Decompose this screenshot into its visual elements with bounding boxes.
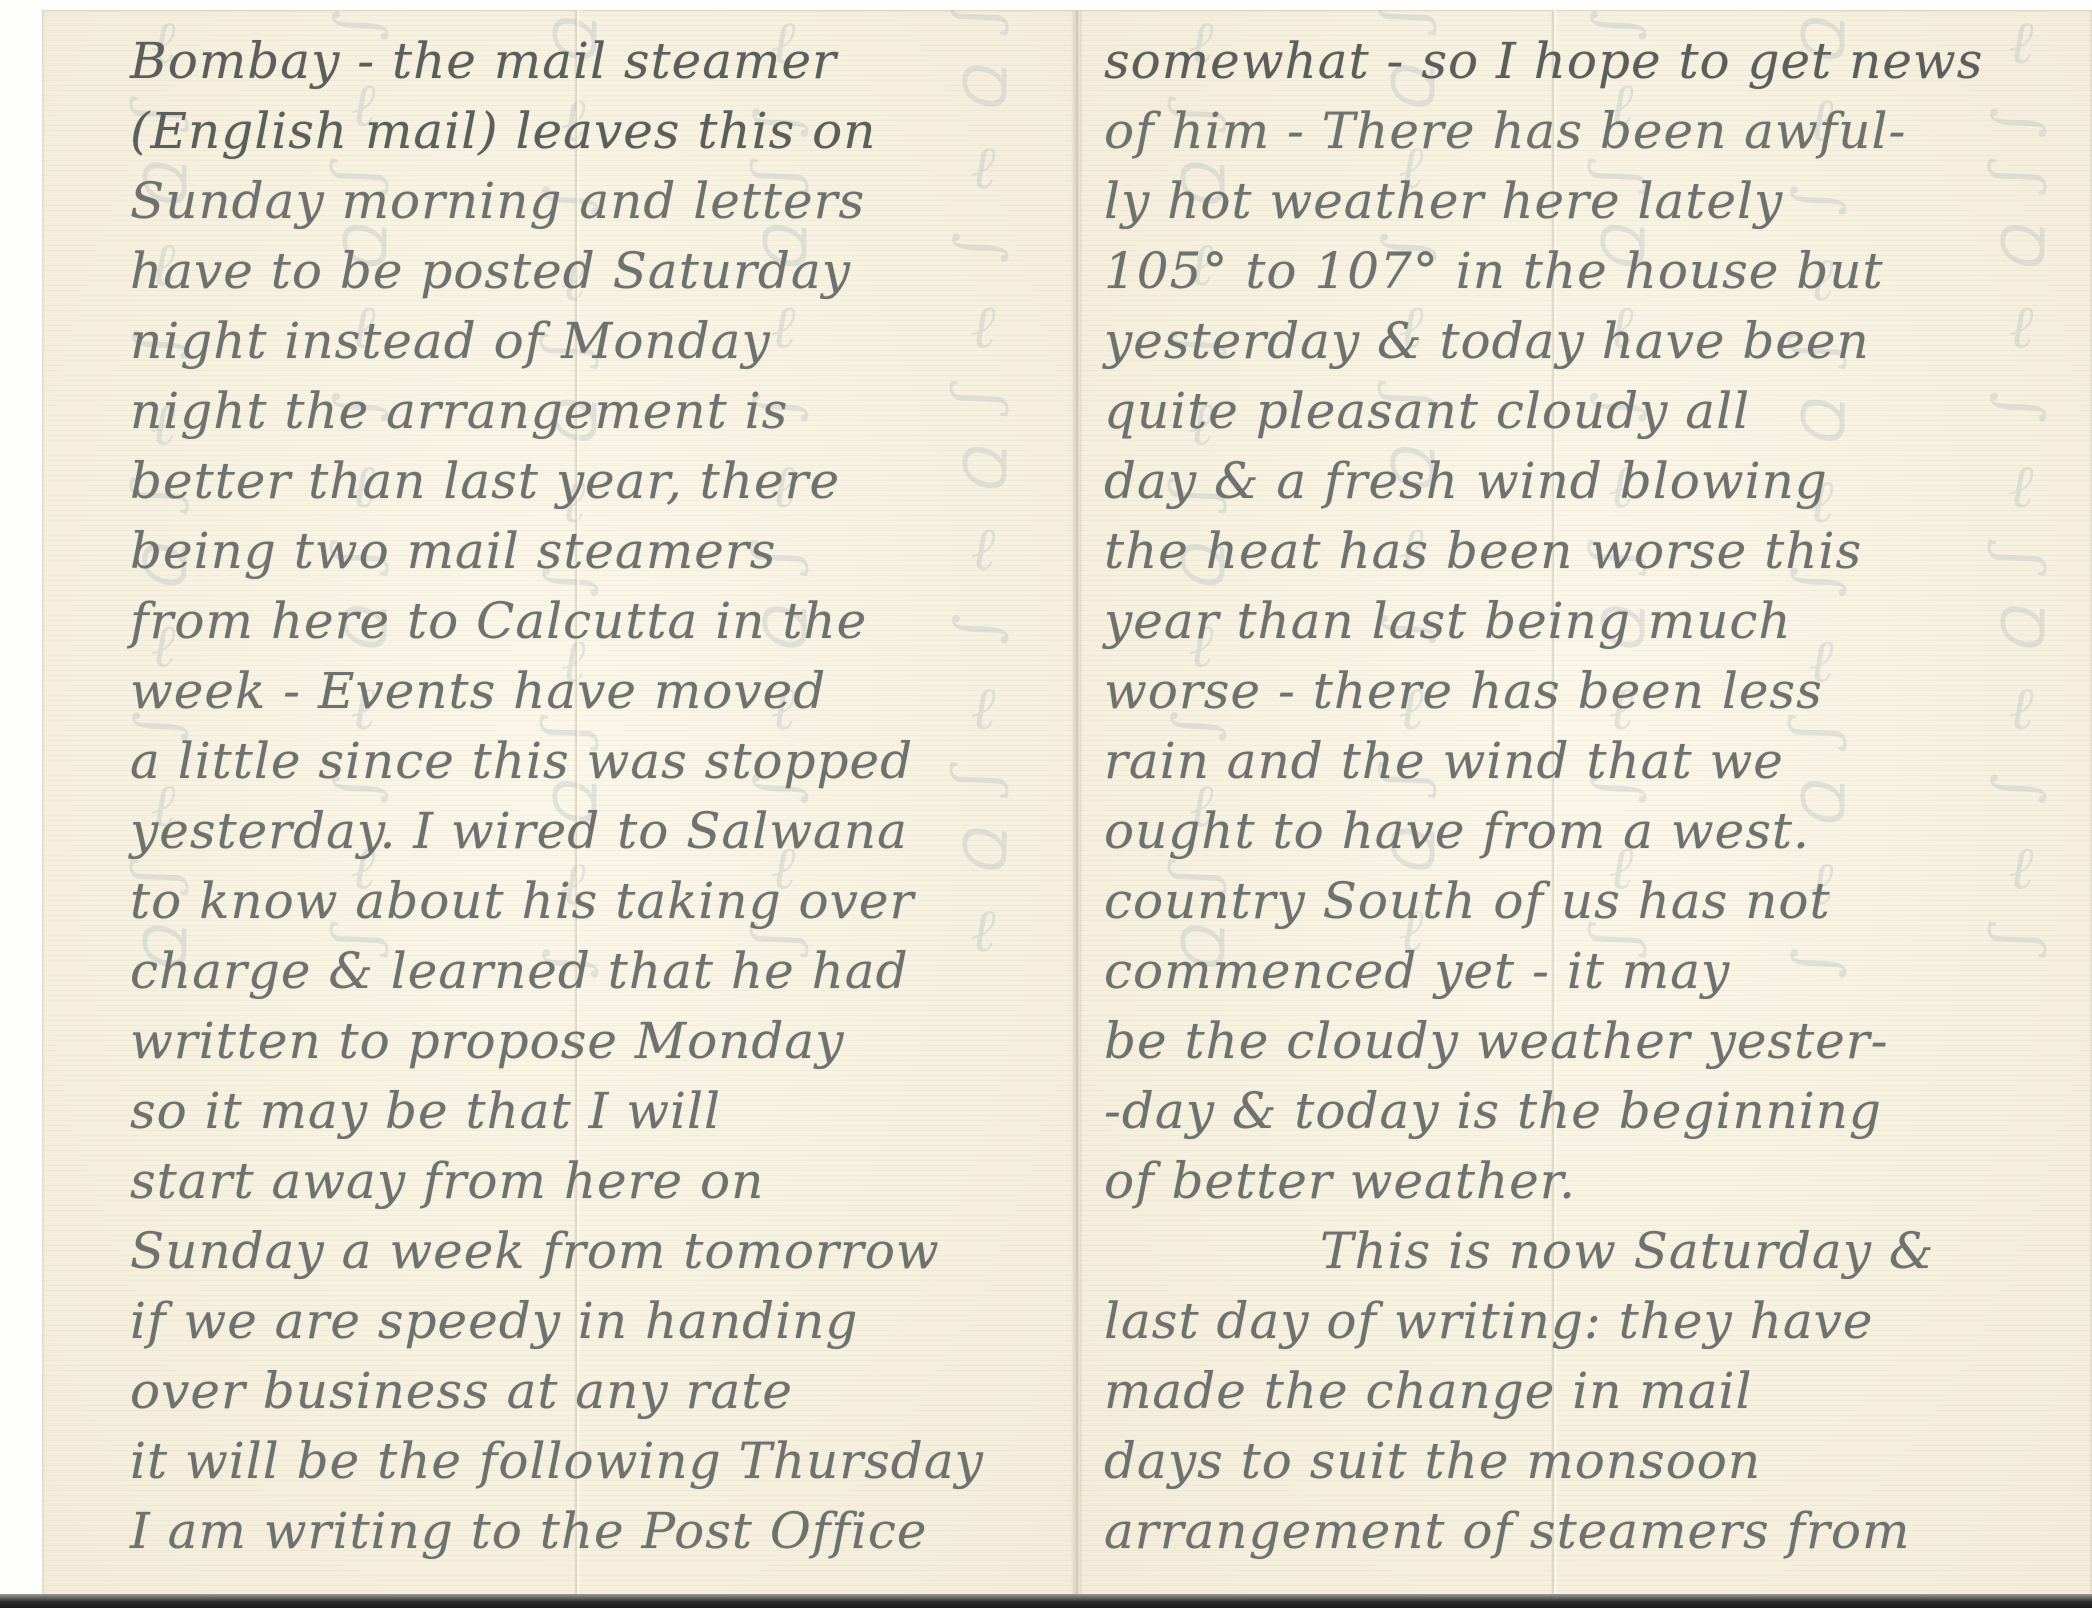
text-line: so it may be that I will [42, 1076, 1074, 1146]
text-line: charge & learned that he had [42, 936, 1074, 1006]
text-line: start away from here on [42, 1146, 1074, 1216]
text-line: rain and the wind that we [1080, 726, 2092, 796]
right-page-text: somewhat - so I hope to get news of him … [1080, 26, 2092, 1566]
text-line: the heat has been worse this [1080, 516, 2092, 586]
text-line: arrangement of steamers from [1080, 1496, 2092, 1566]
text-line: night instead of Monday [42, 306, 1074, 376]
scan-bottom-edge [0, 1594, 2092, 1608]
text-line: country South of us has not [1080, 866, 2092, 936]
text-line: have to be posted Saturday [42, 236, 1074, 306]
text-line: over business at any rate [42, 1356, 1074, 1426]
text-line: Sunday a week from tomorrow [42, 1216, 1074, 1286]
text-line: I am writing to the Post Office [42, 1496, 1074, 1566]
text-line: if we are speedy in handing [42, 1286, 1074, 1356]
left-page: ʃ Ꝺ ℓ ∫ ℓ ʃ Ꝺ ℓ ∫ ℓ ʃ Ꝺ ℓ ℓ ∫ ʃ Ꝺ ℓ ∫ ℓ … [42, 10, 1074, 1598]
text-line: days to suit the monsoon [1080, 1426, 2092, 1496]
text-line: made the change in mail [1080, 1356, 2092, 1426]
text-line: ly hot weather here lately [1080, 166, 2092, 236]
text-line: a little since this was stopped [42, 726, 1074, 796]
text-line: This is now Saturday & [1080, 1216, 2092, 1286]
text-line: be the cloudy weather yester- [1080, 1006, 2092, 1076]
right-page: ℓ ∫ ʃ Ꝺ ℓ ∫ ℓ ʃ Ꝺ ℓ ∫ ℓ ʃ Ꝺ ℓ ∫ ℓ ʃ Ꝺ ℓ … [1080, 10, 2092, 1598]
text-line: of better weather. [1080, 1146, 2092, 1216]
text-line: -day & today is the beginning [1080, 1076, 2092, 1146]
text-line: (English mail) leaves this on [42, 96, 1074, 166]
text-line: quite pleasant cloudy all [1080, 376, 2092, 446]
text-line: year than last being much [1080, 586, 2092, 656]
text-line: week - Events have moved [42, 656, 1074, 726]
text-line: being two mail steamers [42, 516, 1074, 586]
text-line: from here to Calcutta in the [42, 586, 1074, 656]
text-line: better than last year, there [42, 446, 1074, 516]
text-line: 105° to 107° in the house but [1080, 236, 2092, 306]
text-line: commenced yet - it may [1080, 936, 2092, 1006]
text-line: of him - There has been awful- [1080, 96, 2092, 166]
scanned-letter: ʃ Ꝺ ℓ ∫ ℓ ʃ Ꝺ ℓ ∫ ℓ ʃ Ꝺ ℓ ℓ ∫ ʃ Ꝺ ℓ ∫ ℓ … [0, 0, 2092, 1608]
text-line: last day of writing: they have [1080, 1286, 2092, 1356]
left-page-text: Bombay - the mail steamer (English mail)… [42, 26, 1074, 1566]
text-line: day & a fresh wind blowing [1080, 446, 2092, 516]
text-line: it will be the following Thursday [42, 1426, 1074, 1496]
text-line: ought to have from a west. [1080, 796, 2092, 866]
text-line: yesterday & today have been [1080, 306, 2092, 376]
text-line: somewhat - so I hope to get news [1080, 26, 2092, 96]
text-line: Bombay - the mail steamer [42, 26, 1074, 96]
text-line: Sunday morning and letters [42, 166, 1074, 236]
text-line: night the arrangement is [42, 376, 1074, 446]
text-line: to know about his taking over [42, 866, 1074, 936]
text-line: worse - there has been less [1080, 656, 2092, 726]
text-line: yesterday. I wired to Salwana [42, 796, 1074, 866]
text-line: written to propose Monday [42, 1006, 1074, 1076]
